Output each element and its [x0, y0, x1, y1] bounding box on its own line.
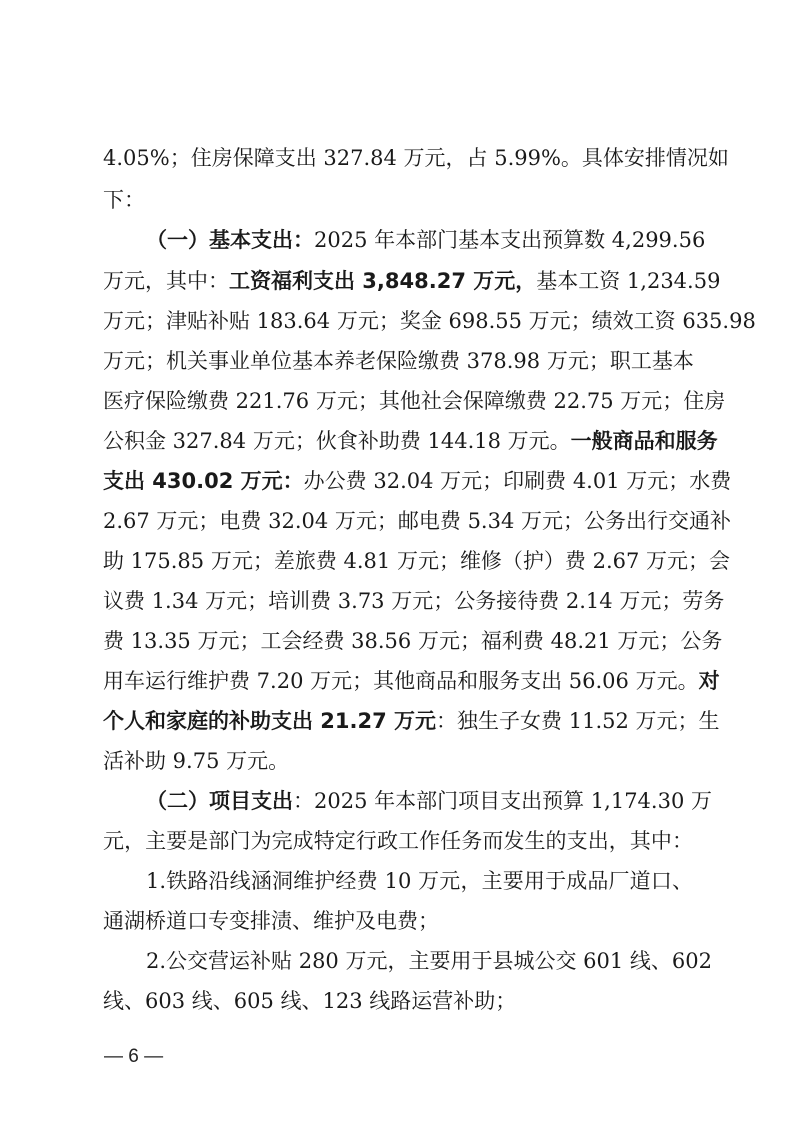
text-line: 2.67 万元；电费 32.04 万元；邮电费 5.34 万元；公务出行交通补	[103, 502, 693, 540]
text-segment: 4.05%；住房保障支出 327.84 万元，占 5.99%。具体安排情况如	[103, 146, 729, 170]
text-segment: 万元；津贴补贴 183.64 万元；奖金 698.55 万元；绩效工资 635.…	[103, 309, 756, 333]
text-line: 活补助 9.75 万元。	[103, 742, 693, 780]
text-line: 万元；机关事业单位基本养老保险缴费 378.98 万元；职工基本	[103, 342, 693, 380]
text-line: 助 175.85 万元；差旅费 4.81 万元；维修（护）费 2.67 万元；会	[103, 542, 693, 580]
text-line: 万元，其中：工资福利支出 3,848.27 万元，基本工资 1,234.59	[103, 262, 693, 300]
text-segment: ：2025 年本部门项目支出预算 1,174.30 万	[293, 789, 712, 813]
text-segment: 助 175.85 万元；差旅费 4.81 万元；维修（护）费 2.67 万元；会	[103, 549, 730, 573]
text-line: 用车运行维护费 7.20 万元；其他商品和服务支出 56.06 万元。对	[103, 662, 693, 700]
text-segment: 办公费 32.04 万元；印刷费 4.01 万元；水费	[304, 469, 732, 493]
text-line: 线、603 线、605 线、123 线路运营补助；	[103, 982, 693, 1020]
text-line: 医疗保险缴费 221.76 万元；其他社会保障缴费 22.75 万元；住房	[103, 382, 693, 420]
text-segment: 用车运行维护费 7.20 万元；其他商品和服务支出 56.06 万元。	[103, 669, 699, 693]
text-line: 通湖桥道口专变排渍、维护及电费；	[103, 902, 693, 940]
text-segment: 万元；机关事业单位基本养老保险缴费 378.98 万元；职工基本	[103, 349, 694, 373]
text-line: 支出 430.02 万元：办公费 32.04 万元；印刷费 4.01 万元；水费	[103, 462, 693, 500]
text-line: 万元；津贴补贴 183.64 万元；奖金 698.55 万元；绩效工资 635.…	[103, 302, 693, 340]
bold-text-segment: 对	[699, 669, 720, 693]
text-segment: 公积金 327.84 万元；伙食补助费 144.18 万元。	[103, 429, 571, 453]
page-number: — 6 —	[104, 1046, 163, 1068]
text-segment: 费 13.35 万元；工会经费 38.56 万元；福利费 48.21 万元；公务	[103, 629, 722, 653]
text-line: 2.公交营运补贴 280 万元，主要用于县城公交 601 线、602	[146, 942, 693, 980]
text-line: 议费 1.34 万元；培训费 3.73 万元；公务接待费 2.14 万元；劳务	[103, 582, 693, 620]
text-segment: ：独生子女费 11.52 万元；生	[436, 709, 719, 733]
text-segment: 2025 年本部门基本支出预算数 4,299.56	[314, 228, 705, 252]
text-segment: 议费 1.34 万元；培训费 3.73 万元；公务接待费 2.14 万元；劳务	[103, 589, 724, 613]
text-segment: 活补助 9.75 万元。	[103, 749, 289, 773]
text-line: 费 13.35 万元；工会经费 38.56 万元；福利费 48.21 万元；公务	[103, 622, 693, 660]
text-segment: 医疗保险缴费 221.76 万元；其他社会保障缴费 22.75 万元；住房	[103, 389, 725, 413]
bold-text-segment: 个人和家庭的补助支出 21.27 万元	[103, 709, 436, 733]
text-line: 元，主要是部门为完成特定行政工作任务而发生的支出，其中：	[103, 822, 693, 860]
text-line: 下：	[103, 181, 693, 219]
document-page: 4.05%；住房保障支出 327.84 万元，占 5.99%。具体安排情况如下：…	[0, 0, 793, 1122]
text-segment: 线、603 线、605 线、123 线路运营补助；	[103, 989, 516, 1013]
bold-text-segment: 支出 430.02 万元：	[103, 469, 304, 493]
text-segment: 下：	[103, 188, 145, 212]
text-segment: 万元，其中：	[103, 269, 229, 293]
text-line: 4.05%；住房保障支出 327.84 万元，占 5.99%。具体安排情况如	[103, 139, 693, 177]
bold-text-segment: （一）基本支出：	[146, 228, 314, 252]
text-segment: 元，主要是部门为完成特定行政工作任务而发生的支出，其中：	[103, 829, 693, 853]
text-segment: 2.67 万元；电费 32.04 万元；邮电费 5.34 万元；公务出行交通补	[103, 509, 731, 533]
text-segment: 1.铁路沿线涵洞维护经费 10 万元，主要用于成品厂道口、	[146, 869, 693, 893]
bold-text-segment: （二）项目支出	[146, 789, 293, 813]
text-line: 1.铁路沿线涵洞维护经费 10 万元，主要用于成品厂道口、	[146, 862, 693, 900]
text-line: 个人和家庭的补助支出 21.27 万元：独生子女费 11.52 万元；生	[103, 702, 693, 740]
bold-text-segment: 工资福利支出 3,848.27 万元，	[229, 269, 536, 293]
text-segment: 通湖桥道口专变排渍、维护及电费；	[103, 909, 439, 933]
text-line: 公积金 327.84 万元；伙食补助费 144.18 万元。一般商品和服务	[103, 422, 693, 460]
bold-text-segment: 一般商品和服务	[571, 429, 718, 453]
text-line: （二）项目支出：2025 年本部门项目支出预算 1,174.30 万	[146, 782, 693, 820]
text-line: （一）基本支出：2025 年本部门基本支出预算数 4,299.56	[146, 221, 693, 259]
text-segment: 2.公交营运补贴 280 万元，主要用于县城公交 601 线、602	[146, 949, 712, 973]
text-segment: 基本工资 1,234.59	[536, 269, 720, 293]
